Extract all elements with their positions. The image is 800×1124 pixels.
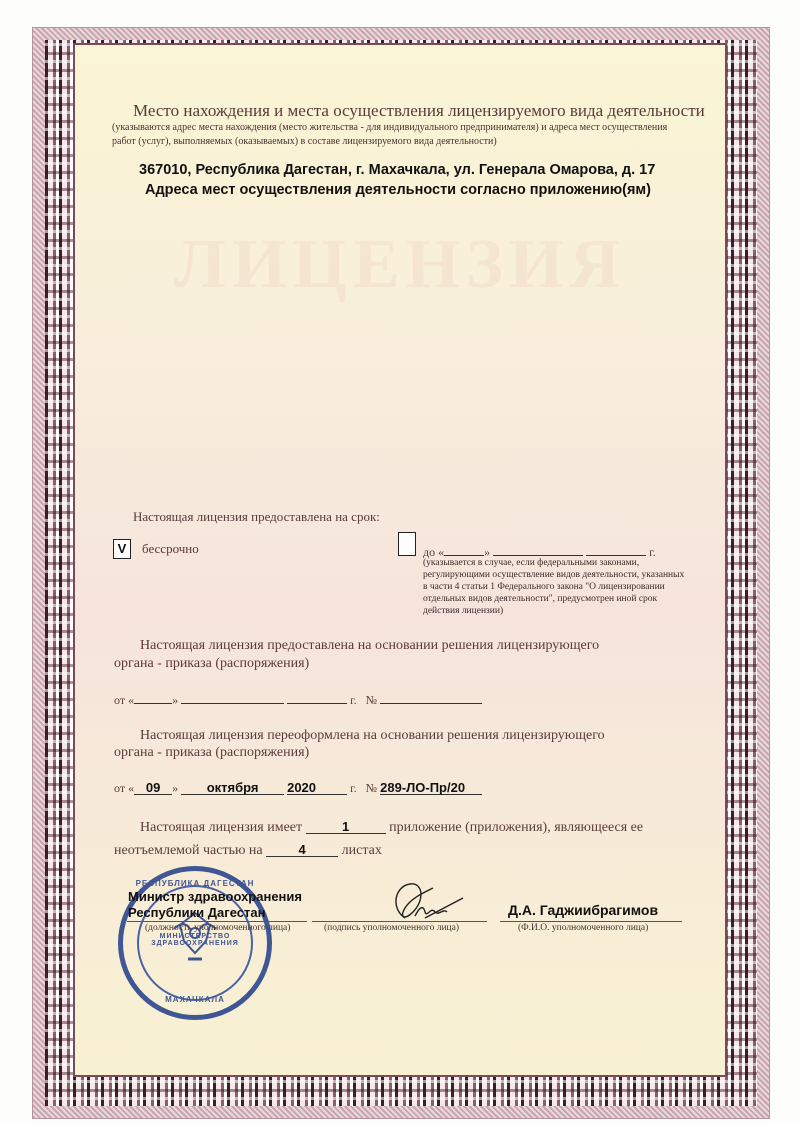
signatory-position: Министр здравоохранения Республики Дагес… <box>128 889 302 921</box>
address-appendix-note: Адреса мест осуществления деятельности с… <box>145 182 651 198</box>
reissued-month-field[interactable]: октября <box>181 780 284 795</box>
signature-label: (подпись уполномоченного лица) <box>324 923 459 933</box>
reissued-day-field[interactable]: 09 <box>134 780 172 795</box>
signature-underline <box>312 920 487 922</box>
granted-order-line: от «» г. № <box>114 689 482 708</box>
reissued-year-suffix: г. <box>350 781 357 795</box>
appendix-text-1: Настоящая лицензия имеет <box>140 820 302 835</box>
background-watermark: ЛИЦЕНЗИЯ <box>150 225 650 305</box>
granted-number-field[interactable] <box>380 689 482 704</box>
reissued-quote: » <box>172 781 178 795</box>
name-label: (Ф.И.О. уполномоченного лица) <box>518 923 648 933</box>
reissued-number-field[interactable]: 289-ЛО-Пр/20 <box>380 780 482 795</box>
reissued-from-prefix: от « <box>114 781 134 795</box>
appendix-line1: Настоящая лицензия имеет 1 приложение (п… <box>140 819 643 836</box>
position-label: (должность уполномоченного лица) <box>145 923 290 933</box>
granted-basis-line1: Настоящая лицензия предоставлена на осно… <box>140 638 599 654</box>
granted-year-field[interactable] <box>287 689 347 704</box>
term-label: Настоящая лицензия предоставлена на срок… <box>133 509 380 525</box>
address-line: 367010, Республика Дагестан, г. Махачкал… <box>139 162 655 178</box>
signatory-name: Д.А. Гаджиибрагимов <box>508 902 658 918</box>
reissued-year-field[interactable]: 2020 <box>287 780 347 795</box>
granted-from-prefix: от « <box>114 693 134 707</box>
reissued-basis-line1: Настоящая лицензия переоформлена на осно… <box>140 728 605 744</box>
appendix-count-field[interactable]: 1 <box>306 819 386 834</box>
granted-quote: » <box>172 693 178 707</box>
position-underline <box>127 920 307 922</box>
reissued-basis-line2: органа - приказа (распоряжения) <box>114 745 309 761</box>
until-year-field[interactable] <box>586 541 646 556</box>
granted-basis-line2: органа - приказа (распоряжения) <box>114 656 309 672</box>
position-line2: Республики Дагестан <box>128 905 302 921</box>
granted-month-field[interactable] <box>181 689 284 704</box>
location-note-line1: (указываются адрес места нахождения (мес… <box>112 121 667 135</box>
until-month-field[interactable] <box>493 541 583 556</box>
until-date-checkbox[interactable] <box>398 532 416 556</box>
unlimited-term-label: бессрочно <box>142 541 199 557</box>
appendix-text-4: листах <box>342 843 382 858</box>
unlimited-term-checkbox[interactable]: V <box>113 539 131 559</box>
granted-year-suffix: г. <box>350 693 357 707</box>
until-day-field[interactable] <box>444 541 484 556</box>
appendix-text-3: неотъемлемой частью на <box>114 843 263 858</box>
sheet-count-field[interactable]: 4 <box>266 842 338 857</box>
granted-day-field[interactable] <box>134 689 172 704</box>
location-note-line2: работ (услуг), выполняемых (оказываемых)… <box>112 135 497 149</box>
appendix-line2: неотъемлемой частью на 4 листах <box>114 842 382 859</box>
reissued-order-line: от «09» октября 2020 г. № 289-ЛО-Пр/20 <box>114 780 482 796</box>
until-date-note: (указывается в случае, если федеральными… <box>423 557 688 617</box>
location-heading: Место нахождения и места осуществления л… <box>133 101 705 121</box>
reissued-number-prefix: № <box>366 781 377 795</box>
appendix-text-2: приложение (приложения), являющееся ее <box>389 820 643 835</box>
seal-bottom-text: МАХАЧКАЛА <box>123 995 267 1004</box>
granted-number-prefix: № <box>366 693 377 707</box>
position-line1: Министр здравоохранения <box>128 889 302 905</box>
seal-top-text: РЕСПУБЛИКА ДАГЕСТАН <box>123 879 267 888</box>
name-underline <box>500 920 682 922</box>
